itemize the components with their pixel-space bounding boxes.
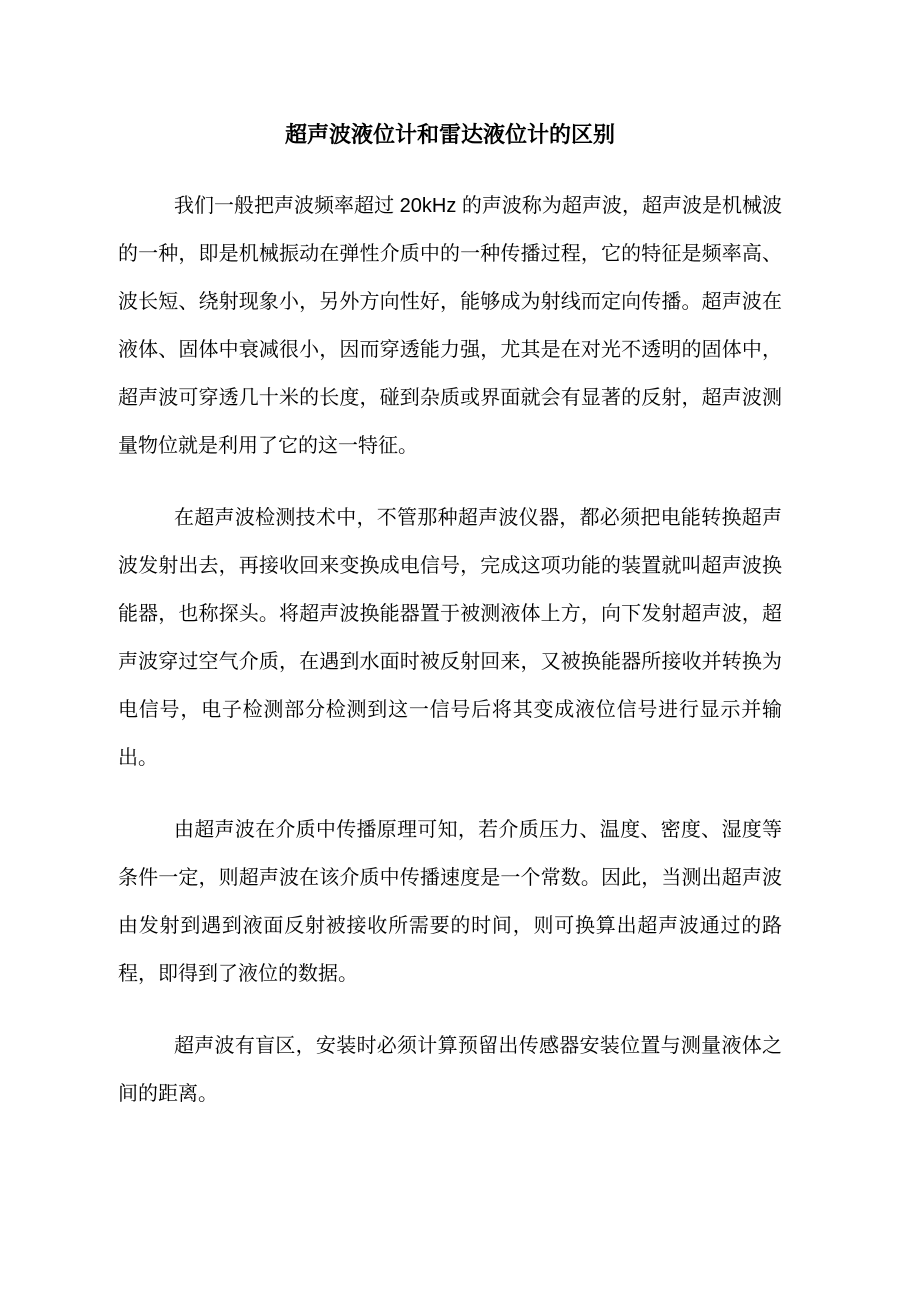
paragraph-2: 在超声波检测技术中，不管那种超声波仪器，都必须把电能转换超声波发射出去，再接收回… (118, 494, 782, 782)
paragraph-1: 我们一般把声波频率超过 20kHz 的声波称为超声波，超声波是机械波的一种，即是… (118, 182, 782, 470)
page-title: 超声波液位计和雷达液位计的区别 (118, 120, 782, 150)
paragraph-3: 由超声波在介质中传播原理可知，若介质压力、温度、密度、湿度等条件一定，则超声波在… (118, 806, 782, 998)
document-page: 超声波液位计和雷达液位计的区别 我们一般把声波频率超过 20kHz 的声波称为超… (0, 0, 920, 1302)
paragraph-4: 超声波有盲区，安装时必须计算预留出传感器安装位置与测量液体之间的距离。 (118, 1022, 782, 1118)
